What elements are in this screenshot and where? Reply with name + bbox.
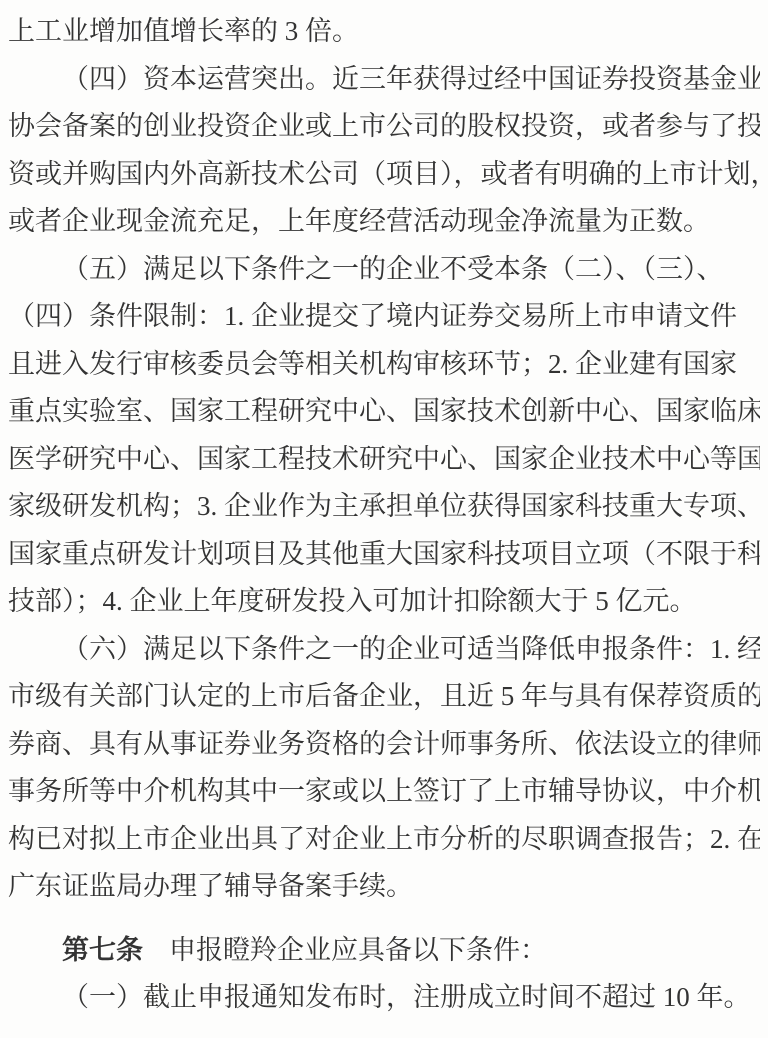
text-line: 重点实验室、国家工程研究中心、国家技术创新中心、国家临床 — [8, 388, 760, 436]
text-line: 国家重点研发计划项目及其他重大国家科技项目立项（不限于科 — [8, 531, 760, 579]
text-line: （六）满足以下条件之一的企业可适当降低申报条件：1. 经 — [8, 626, 760, 674]
text-line: 且进入发行审核委员会等相关机构审核环节；2. 企业建有国家 — [8, 341, 760, 389]
text-line: （五）满足以下条件之一的企业不受本条（二）、（三）、 — [8, 246, 760, 294]
text-line: （四）资本运营突出。近三年获得过经中国证券投资基金业 — [8, 56, 760, 104]
text-line: 或者企业现金流充足，上年度经营活动现金净流量为正数。 — [8, 198, 760, 246]
article-number-label: 第七条 — [62, 935, 143, 965]
document-page: 上工业增加值增长率的 3 倍。 （四）资本运营突出。近三年获得过经中国证券投资基… — [0, 0, 768, 1038]
text-line: 协会备案的创业投资企业或上市公司的股权投资，或者参与了投 — [8, 103, 760, 151]
text-line: 市级有关部门认定的上市后备企业，且近 5 年与具有保荐资质的 — [8, 673, 760, 721]
text-line: 券商、具有从事证券业务资格的会计师事务所、依法设立的律师 — [8, 721, 760, 769]
text-line-article-7: 第七条申报瞪羚企业应具备以下条件： — [8, 927, 760, 975]
text-line: 技部）；4. 企业上年度研发投入可加计扣除额大于 5 亿元。 — [8, 578, 760, 626]
article-text: 申报瞪羚企业应具备以下条件： — [169, 935, 547, 965]
text-line: 广东证监局办理了辅导备案手续。 — [8, 863, 760, 911]
text-line: 构已对拟上市企业出具了对企业上市分析的尽职调查报告；2. 在 — [8, 816, 760, 864]
text-line: 资或并购国内外高新技术公司（项目），或者有明确的上市计划， — [8, 151, 760, 199]
text-line: （四）条件限制：1. 企业提交了境内证券交易所上市申请文件 — [8, 293, 760, 341]
text-line: 上工业增加值增长率的 3 倍。 — [8, 8, 760, 56]
text-line: 医学研究中心、国家工程技术研究中心、国家企业技术中心等国 — [8, 436, 760, 484]
text-line: （一）截止申报通知发布时，注册成立时间不超过 10 年。 — [8, 974, 760, 1022]
text-line: 家级研发机构；3. 企业作为主承担单位获得国家科技重大专项、 — [8, 483, 760, 531]
text-line: 事务所等中介机构其中一家或以上签订了上市辅导协议，中介机 — [8, 768, 760, 816]
